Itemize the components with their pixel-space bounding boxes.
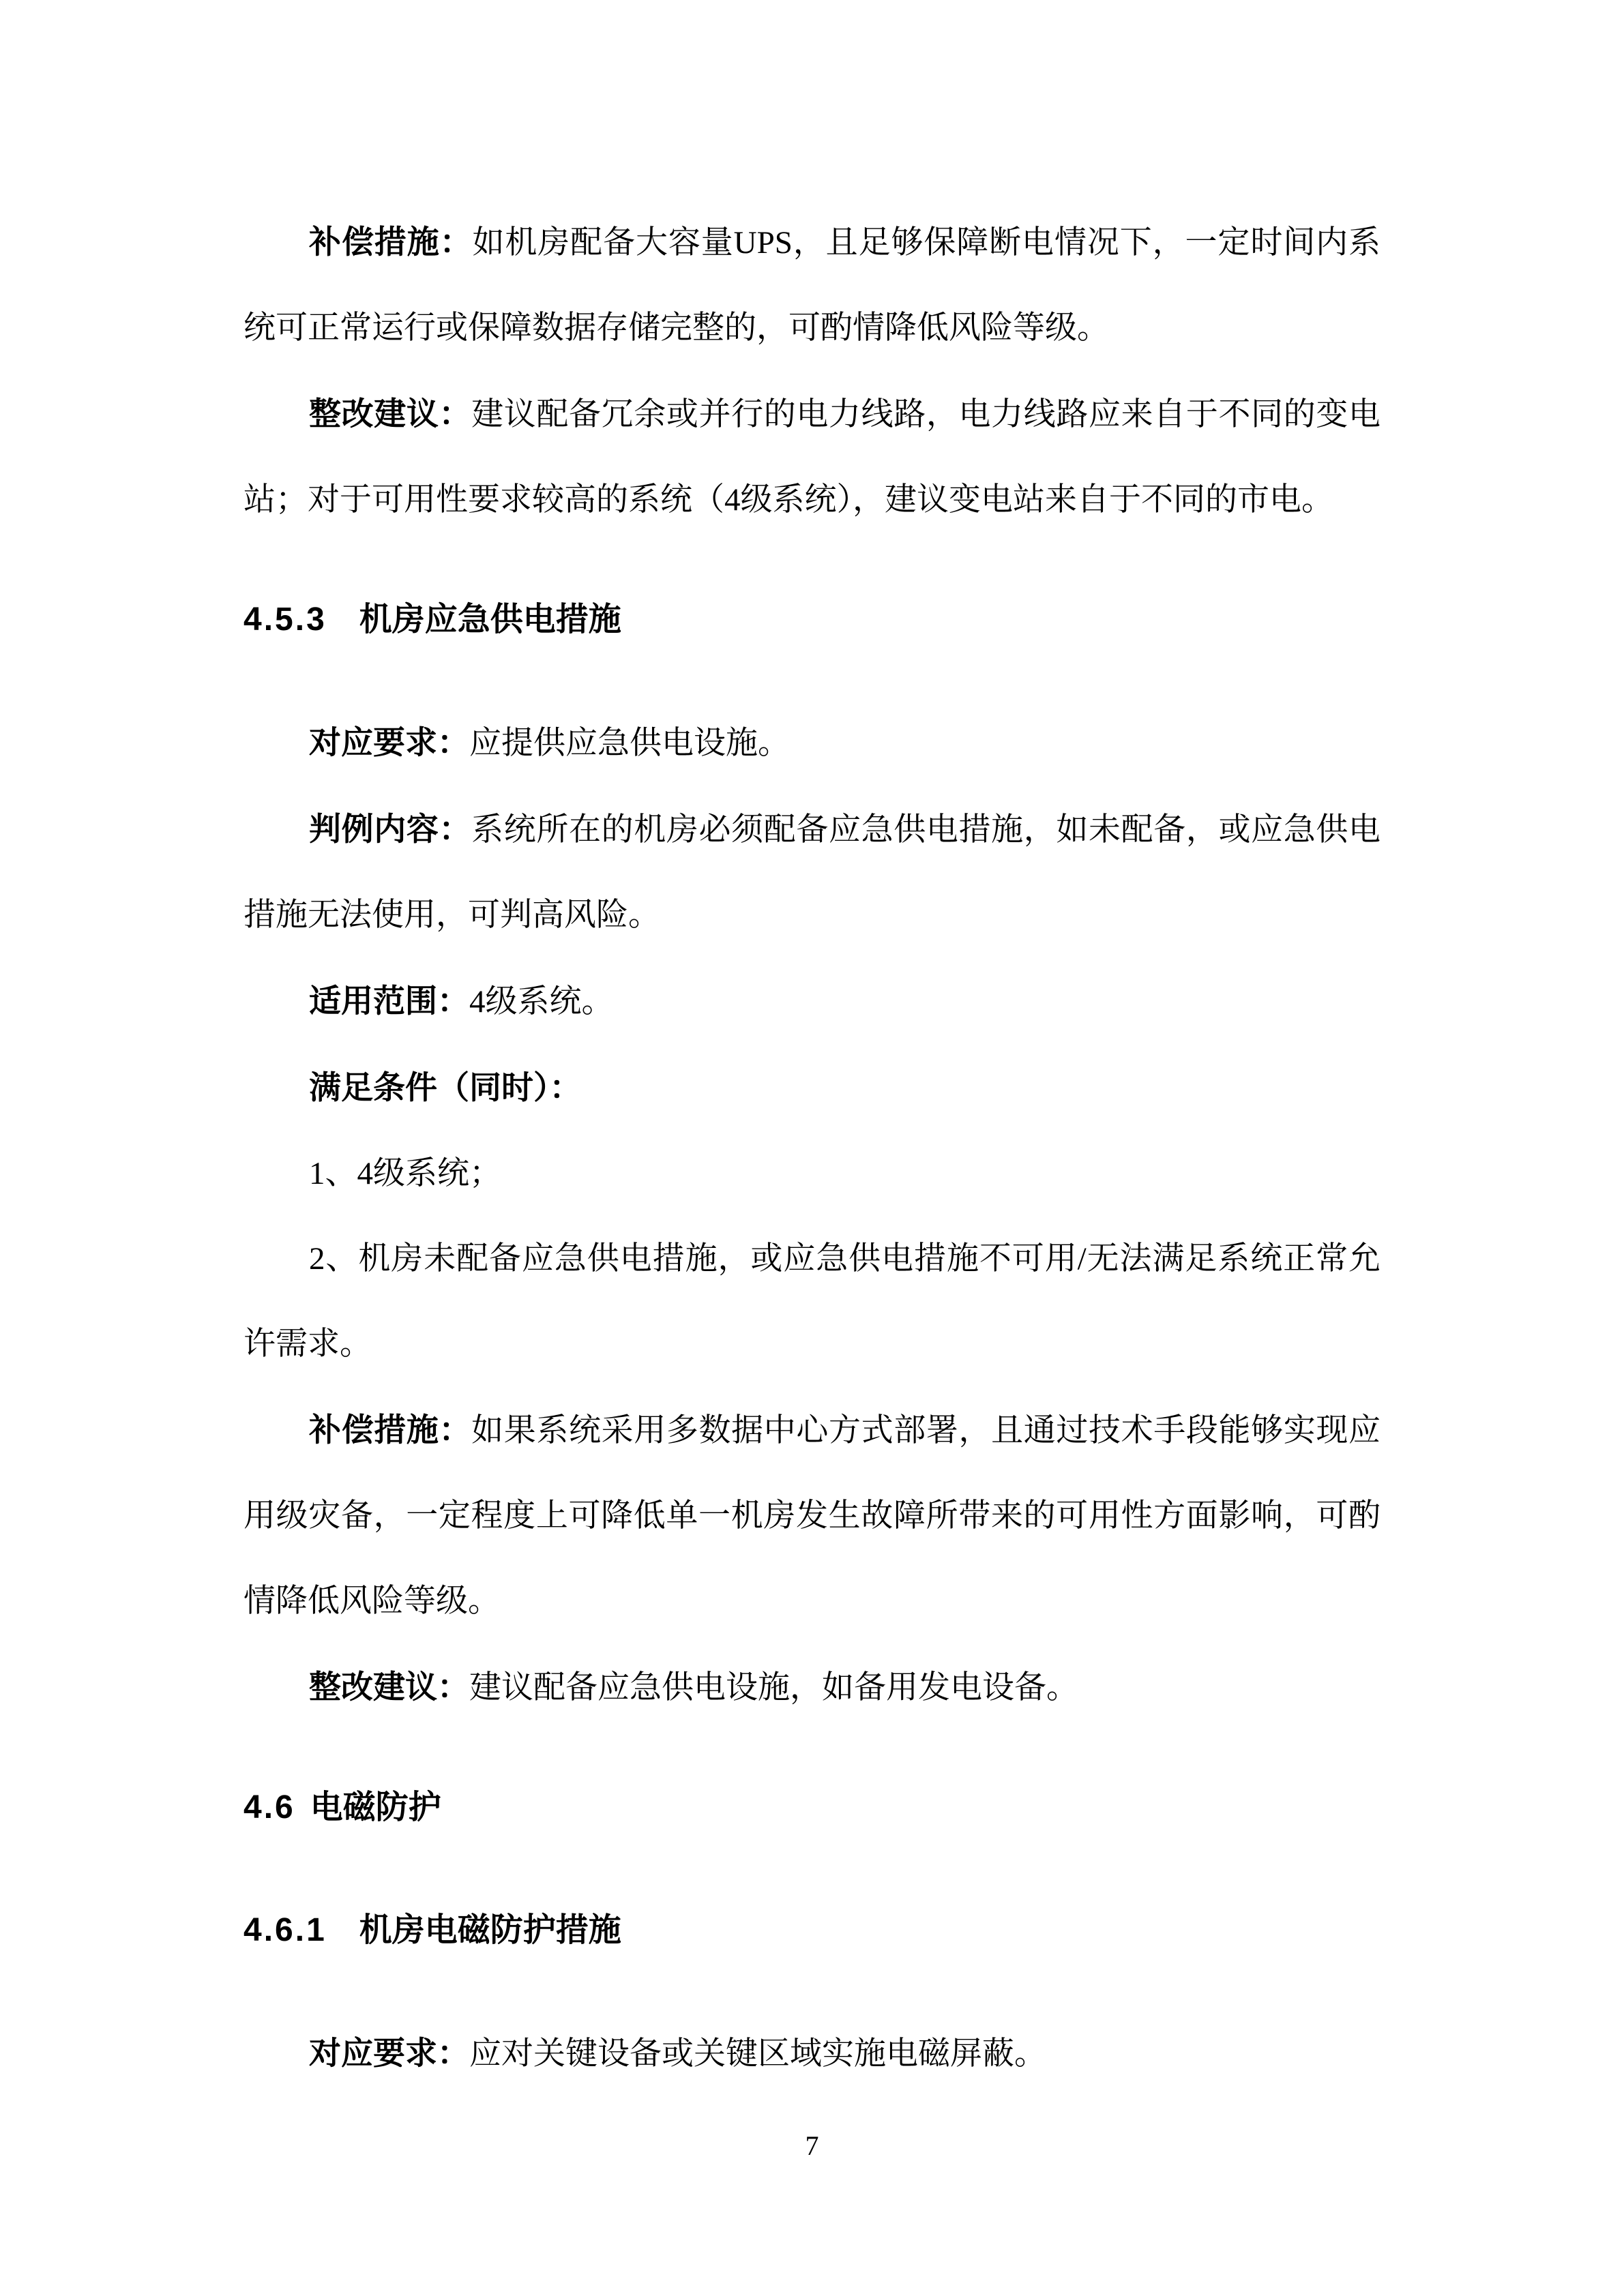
paragraph: 对应要求：应对关键设备或关键区域实施电磁屏蔽。 [243, 2010, 1381, 2097]
paragraph-text: 应对关键设备或关键区域实施电磁屏蔽。 [469, 2036, 1046, 2072]
heading-title: 机房电磁防护措施 [359, 1912, 621, 1948]
paragraph: 整改建议：建议配备应急供电设施，如备用发电设备。 [243, 1644, 1381, 1731]
paragraph-label: 补偿措施： [309, 1412, 471, 1448]
section-heading-4.5.3: 4.5.3机房应急供电措施 [243, 577, 1381, 662]
paragraph-text: 4级系统。 [469, 984, 614, 1019]
section-heading-4.6.1: 4.6.1机房电磁防护措施 [243, 1888, 1381, 1973]
document-body: 补偿措施：如机房配备大容量UPS，且足够保障断电情况下，一定时间内系统可正常运行… [243, 0, 1381, 2097]
paragraph: 1、4级系统； [243, 1131, 1381, 1217]
paragraph-label: 整改建议： [309, 1669, 469, 1705]
heading-title: 机房应急供电措施 [359, 601, 621, 638]
paragraph-label: 对应要求： [309, 724, 469, 760]
paragraph-label: 整改建议： [309, 396, 471, 432]
section-heading-4.6: 4.6电磁防护 [243, 1765, 1381, 1850]
paragraph: 2、机房未配备应急供电措施，或应急供电措施不可用/无法满足系统正常允许需求。 [243, 1217, 1381, 1387]
paragraph: 满足条件（同时）： [243, 1045, 1381, 1131]
heading-title: 电磁防护 [310, 1789, 441, 1825]
paragraph: 判例内容：系统所在的机房必须配备应急供电措施，如未配备，或应急供电措施无法使用，… [243, 786, 1381, 958]
paragraph: 对应要求：应提供应急供电设施。 [243, 700, 1381, 786]
heading-number: 4.5.3 [243, 601, 327, 638]
document-page: 补偿措施：如机房配备大容量UPS，且足够保障断电情况下，一定时间内系统可正常运行… [0, 0, 1624, 2296]
heading-number: 4.6 [243, 1789, 295, 1825]
paragraph-label: 满足条件（同时）： [309, 1069, 582, 1105]
paragraph-text: 应提供应急供电设施。 [469, 726, 790, 761]
paragraph: 适用范围：4级系统。 [243, 958, 1381, 1045]
paragraph: 整改建议：建议配备冗余或并行的电力线路，电力线路应来自于不同的变电站；对于可用性… [243, 371, 1381, 543]
page-number: 7 [0, 2132, 1624, 2160]
heading-number: 4.6.1 [243, 1912, 327, 1948]
paragraph-text: 2、机房未配备应急供电措施，或应急供电措施不可用/无法满足系统正常允许需求。 [243, 1241, 1381, 1362]
paragraph-label: 判例内容： [309, 811, 471, 847]
paragraph-text: 建议配备应急供电设施，如备用发电设备。 [469, 1670, 1078, 1705]
paragraph: 补偿措施：如果系统采用多数据中心方式部署，且通过技术手段能够实现应用级灾备，一定… [243, 1387, 1381, 1644]
paragraph-label: 适用范围： [309, 983, 469, 1019]
paragraph-text: 1、4级系统； [309, 1156, 501, 1191]
paragraph: 补偿措施：如机房配备大容量UPS，且足够保障断电情况下，一定时间内系统可正常运行… [243, 199, 1381, 371]
paragraph-label: 对应要求： [309, 2035, 469, 2071]
paragraph-label: 补偿措施： [309, 224, 472, 260]
